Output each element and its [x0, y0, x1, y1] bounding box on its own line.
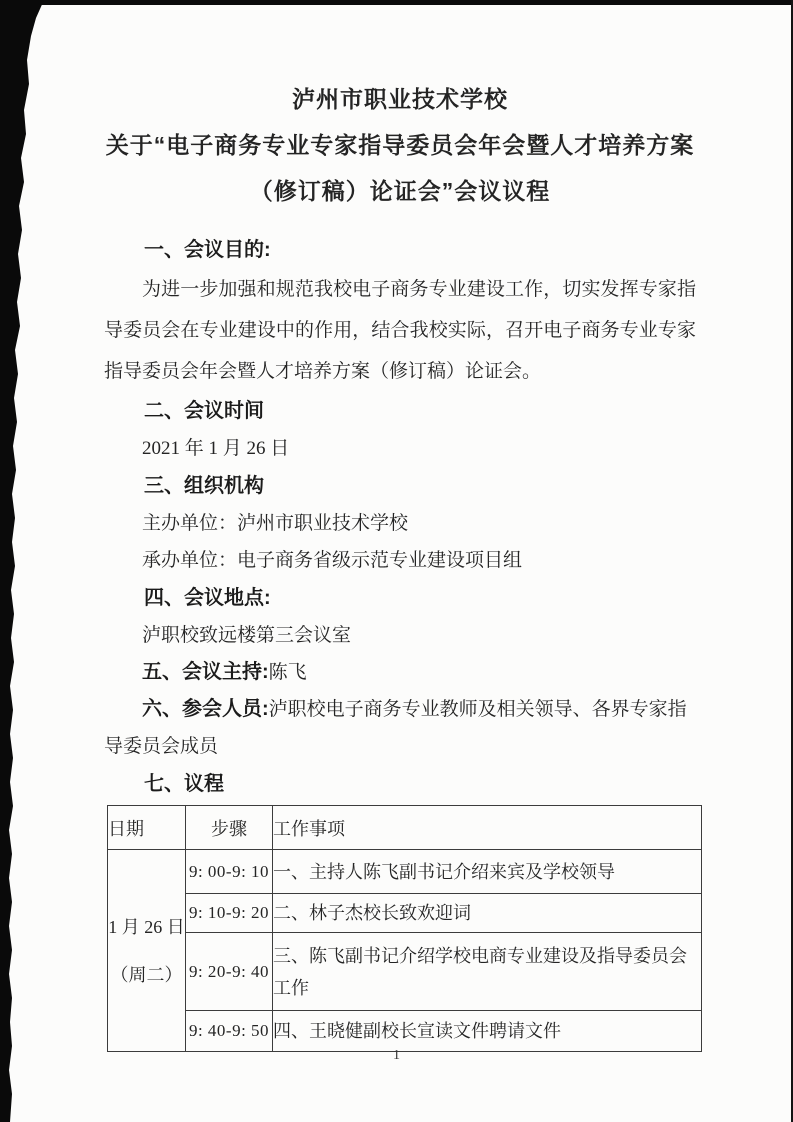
date-line-2: （周二） [108, 962, 185, 988]
organizer-host: 主办单位：泸州市职业技术学校 [104, 505, 696, 542]
table-row: 9: 40-9: 50 四、王晓健副校长宣读文件聘请文件 [108, 1011, 702, 1052]
date-cell: 1 月 26 日 （周二） [108, 850, 186, 1052]
column-header-step: 步骤 [186, 806, 273, 850]
section-heading-time: 二、会议时间 [104, 392, 696, 430]
agenda-table: 日期 步骤 工作事项 1 月 26 日 （周二） 9: 00-9: 10 一、主… [107, 805, 702, 1052]
work-item-cell: 二、林子杰校长致欢迎词 [273, 894, 702, 933]
table-row: 1 月 26 日 （周二） 9: 00-9: 10 一、主持人陈飞副书记介绍来宾… [108, 850, 702, 894]
page-number: 1 [0, 1048, 793, 1064]
meeting-location-value: 泸职校致远楼第三会议室 [104, 617, 696, 654]
section-list: 二、会议时间 2021 年 1 月 26 日 三、组织机构 主办单位：泸州市职业… [104, 392, 696, 803]
section-heading-chair: 五、会议主持: [142, 661, 269, 683]
document-content: 泸州市职业技术学校 关于“电子商务专业专家指导委员会年会暨人才培养方案 （修订稿… [104, 0, 696, 1052]
work-item-cell: 一、主持人陈飞副书记介绍来宾及学校领导 [273, 850, 702, 894]
time-cell: 9: 10-9: 20 [186, 894, 273, 933]
section-chair: 五、会议主持:陈飞 [104, 654, 696, 691]
chair-value: 陈飞 [269, 662, 307, 683]
scanned-document-page: 泸州市职业技术学校 关于“电子商务专业专家指导委员会年会暨人才培养方案 （修订稿… [0, 0, 793, 1122]
section-heading-organization: 三、组织机构 [104, 467, 696, 505]
organizer-undertaker: 承办单位：电子商务省级示范专业建设项目组 [104, 542, 696, 579]
work-item-cell: 三、陈飞副书记介绍学校电商专业建设及指导委员会工作 [273, 933, 702, 1011]
purpose-paragraph: 为进一步加强和规范我校电子商务专业建设工作，切实发挥专家指导委员会在专业建设中的… [104, 269, 696, 392]
scan-torn-left-edge [0, 0, 48, 1122]
section-heading-attendees: 六、参会人员: [142, 698, 269, 720]
section-attendees: 六、参会人员:泸职校电子商务专业教师及相关领导、各界专家指导委员会成员 [104, 691, 696, 765]
time-cell: 9: 00-9: 10 [186, 850, 273, 894]
agenda-header-row: 日期 步骤 工作事项 [108, 806, 702, 850]
document-title: 泸州市职业技术学校 关于“电子商务专业专家指导委员会年会暨人才培养方案 （修订稿… [104, 76, 696, 214]
scan-top-edge [0, 0, 793, 5]
date-line-1: 1 月 26 日 [108, 914, 185, 940]
title-line-3: （修订稿）论证会”会议议程 [104, 168, 696, 214]
section-heading-purpose: 一、会议目的: [104, 231, 696, 269]
table-row: 9: 20-9: 40 三、陈飞副书记介绍学校电商专业建设及指导委员会工作 [108, 933, 702, 1011]
table-row: 9: 10-9: 20 二、林子杰校长致欢迎词 [108, 894, 702, 933]
time-cell: 9: 20-9: 40 [186, 933, 273, 1011]
title-line-1: 泸州市职业技术学校 [104, 76, 696, 122]
section-heading-agenda: 七、议程 [104, 765, 696, 803]
meeting-time-value: 2021 年 1 月 26 日 [104, 430, 696, 467]
column-header-date: 日期 [108, 806, 186, 850]
column-header-work-item: 工作事项 [273, 806, 702, 850]
section-heading-location: 四、会议地点: [104, 579, 696, 617]
work-item-cell: 四、王晓健副校长宣读文件聘请文件 [273, 1011, 702, 1052]
time-cell: 9: 40-9: 50 [186, 1011, 273, 1052]
title-line-2: 关于“电子商务专业专家指导委员会年会暨人才培养方案 [104, 122, 696, 168]
torn-edge-shape [0, 0, 48, 1122]
